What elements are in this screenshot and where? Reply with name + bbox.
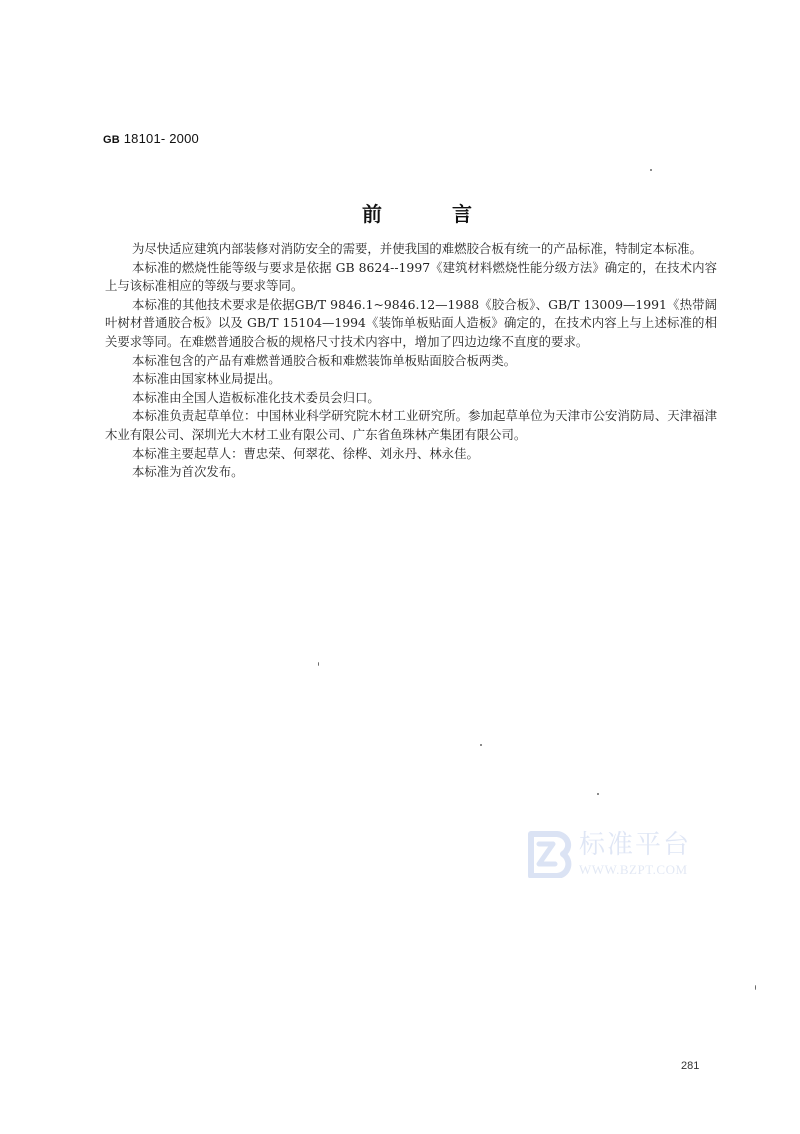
paragraph: 本标准包含的产品有难燃普通胶合板和难燃装饰单板贴面胶合板两类。: [105, 352, 717, 371]
paragraph: 本标准的燃烧性能等级与要求是依据 GB 8624--1997《建筑材料燃烧性能分…: [105, 259, 717, 296]
paragraph: 为尽快适应建筑内部装修对消防安全的需要，并使我国的难燃胶合板有统一的产品标准，特…: [105, 240, 717, 259]
page-title: 前 言: [362, 198, 472, 227]
scan-speck: [597, 793, 599, 795]
title-char-2: 言: [452, 198, 472, 227]
paragraph: 本标准由全国人造板标准化技术委员会归口。: [105, 389, 717, 408]
paragraph: 本标准主要起草人：曹忠荣、何翠花、徐桦、刘永丹、林永佳。: [105, 445, 717, 464]
scan-speck: [650, 169, 652, 171]
watermark-brand: 标准平台: [579, 830, 691, 860]
title-char-1: 前: [362, 198, 382, 227]
paragraph: 本标准由国家林业局提出。: [105, 370, 717, 389]
page-number: 281: [681, 1060, 699, 1072]
watermark: 标准平台 WWW.BZPT.COM: [527, 830, 691, 878]
paragraph: 本标准为首次发布。: [105, 463, 717, 482]
standard-prefix: GB: [103, 134, 120, 146]
scan-speck: [480, 744, 482, 746]
foreword-body: 为尽快适应建筑内部装修对消防安全的需要，并使我国的难燃胶合板有统一的产品标准，特…: [105, 240, 717, 482]
standard-code: GB 18101- 2000: [103, 131, 199, 146]
paragraph: 本标准的其他技术要求是依据GB/T 9846.1~9846.12—1988《胶合…: [105, 296, 717, 352]
scan-speck: [318, 662, 319, 666]
paragraph: 本标准负责起草单位：中国林业科学研究院木材工业研究所。参加起草单位为天津市公安消…: [105, 407, 717, 444]
watermark-url: WWW.BZPT.COM: [579, 862, 691, 878]
scan-speck: [755, 985, 756, 990]
bzpt-logo-icon: [527, 830, 575, 878]
standard-number: 18101- 2000: [124, 131, 199, 146]
